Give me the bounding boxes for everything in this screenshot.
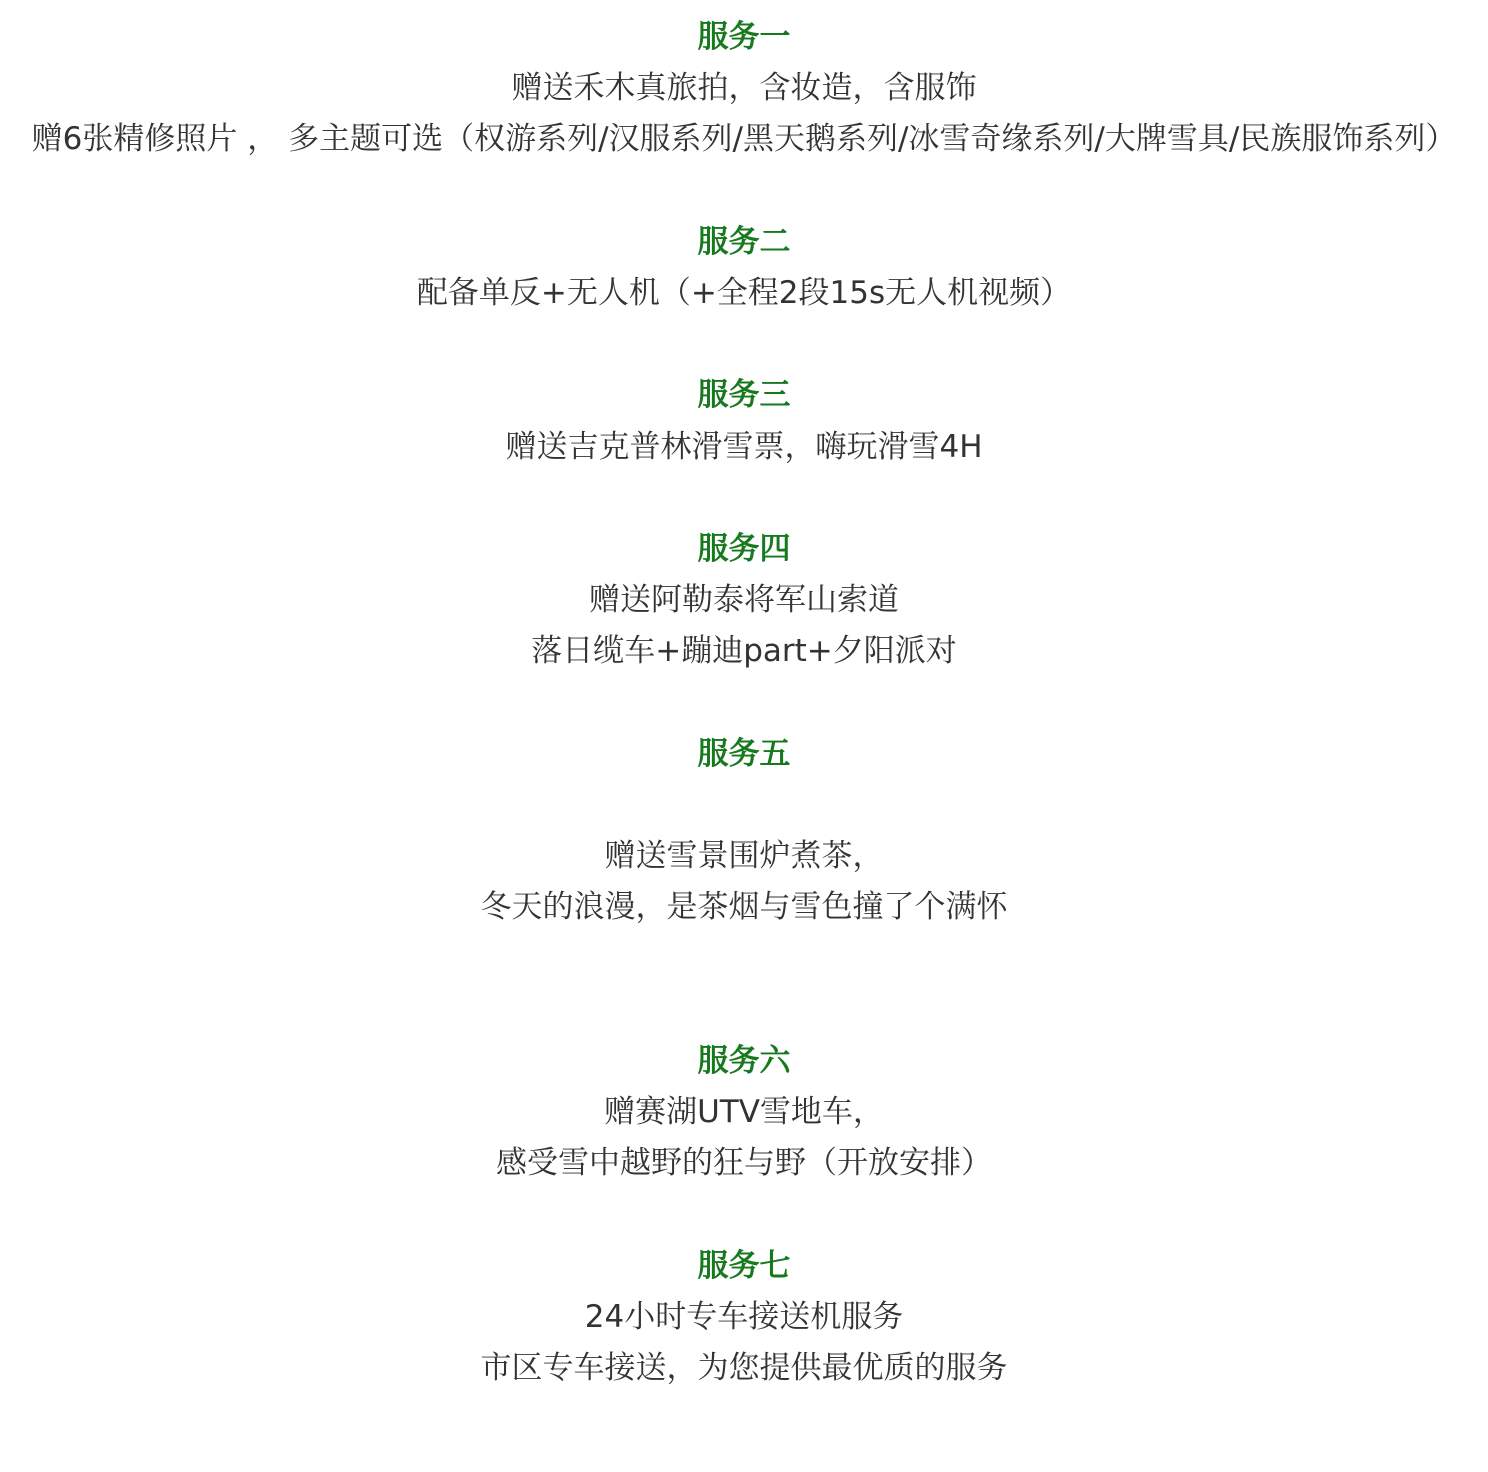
service-title: 服务一 <box>24 12 1464 63</box>
spacer <box>24 780 1464 831</box>
service-title: 服务二 <box>24 217 1464 268</box>
service-title: 服务七 <box>24 1241 1464 1292</box>
services-article: 服务一 赠送禾木真旅拍，含妆造，含服饰 赠6张精修照片 ， 多主题可选（权游系列… <box>0 0 1488 1394</box>
spacer <box>24 933 1464 984</box>
service-title: 服务四 <box>24 524 1464 575</box>
service-section-7: 服务七 24小时专车接送机服务 市区专车接送，为您提供最优质的服务 <box>24 1241 1464 1395</box>
spacer <box>24 985 1464 1036</box>
spacer <box>24 166 1464 217</box>
service-description: 市区专车接送，为您提供最优质的服务 <box>24 1343 1464 1394</box>
service-section-3: 服务三 赠送吉克普林滑雪票，嗨玩滑雪4H <box>24 370 1464 472</box>
service-section-5: 服务五 赠送雪景围炉煮茶， 冬天的浪漫，是茶烟与雪色撞了个满怀 <box>24 729 1464 934</box>
service-description: 赠送雪景围炉煮茶， <box>24 831 1464 882</box>
service-section-2: 服务二 配备单反+无人机（+全程2段15s无人机视频） <box>24 217 1464 319</box>
service-section-6: 服务六 赠赛湖UTV雪地车， 感受雪中越野的狂与野（开放安排） <box>24 1036 1464 1190</box>
service-description: 配备单反+无人机（+全程2段15s无人机视频） <box>24 268 1464 319</box>
service-section-1: 服务一 赠送禾木真旅拍，含妆造，含服饰 赠6张精修照片 ， 多主题可选（权游系列… <box>24 12 1464 166</box>
service-title: 服务六 <box>24 1036 1464 1087</box>
service-description: 冬天的浪漫，是茶烟与雪色撞了个满怀 <box>24 882 1464 933</box>
service-description: 落日缆车+蹦迪part+夕阳派对 <box>24 626 1464 677</box>
spacer <box>24 1189 1464 1240</box>
service-description: 赠送阿勒泰将军山索道 <box>24 575 1464 626</box>
service-description: 赠送吉克普林滑雪票，嗨玩滑雪4H <box>24 422 1464 473</box>
service-title: 服务三 <box>24 370 1464 421</box>
service-description: 感受雪中越野的狂与野（开放安排） <box>24 1138 1464 1189</box>
service-title: 服务五 <box>24 729 1464 780</box>
spacer <box>24 319 1464 370</box>
spacer <box>24 677 1464 728</box>
spacer <box>24 473 1464 524</box>
service-section-4: 服务四 赠送阿勒泰将军山索道 落日缆车+蹦迪part+夕阳派对 <box>24 524 1464 678</box>
service-description: 赠送禾木真旅拍，含妆造，含服饰 <box>24 63 1464 114</box>
service-description: 赠6张精修照片 ， 多主题可选（权游系列/汉服系列/黑天鹅系列/冰雪奇缘系列/大… <box>24 114 1464 165</box>
service-description: 赠赛湖UTV雪地车， <box>24 1087 1464 1138</box>
service-description: 24小时专车接送机服务 <box>24 1292 1464 1343</box>
